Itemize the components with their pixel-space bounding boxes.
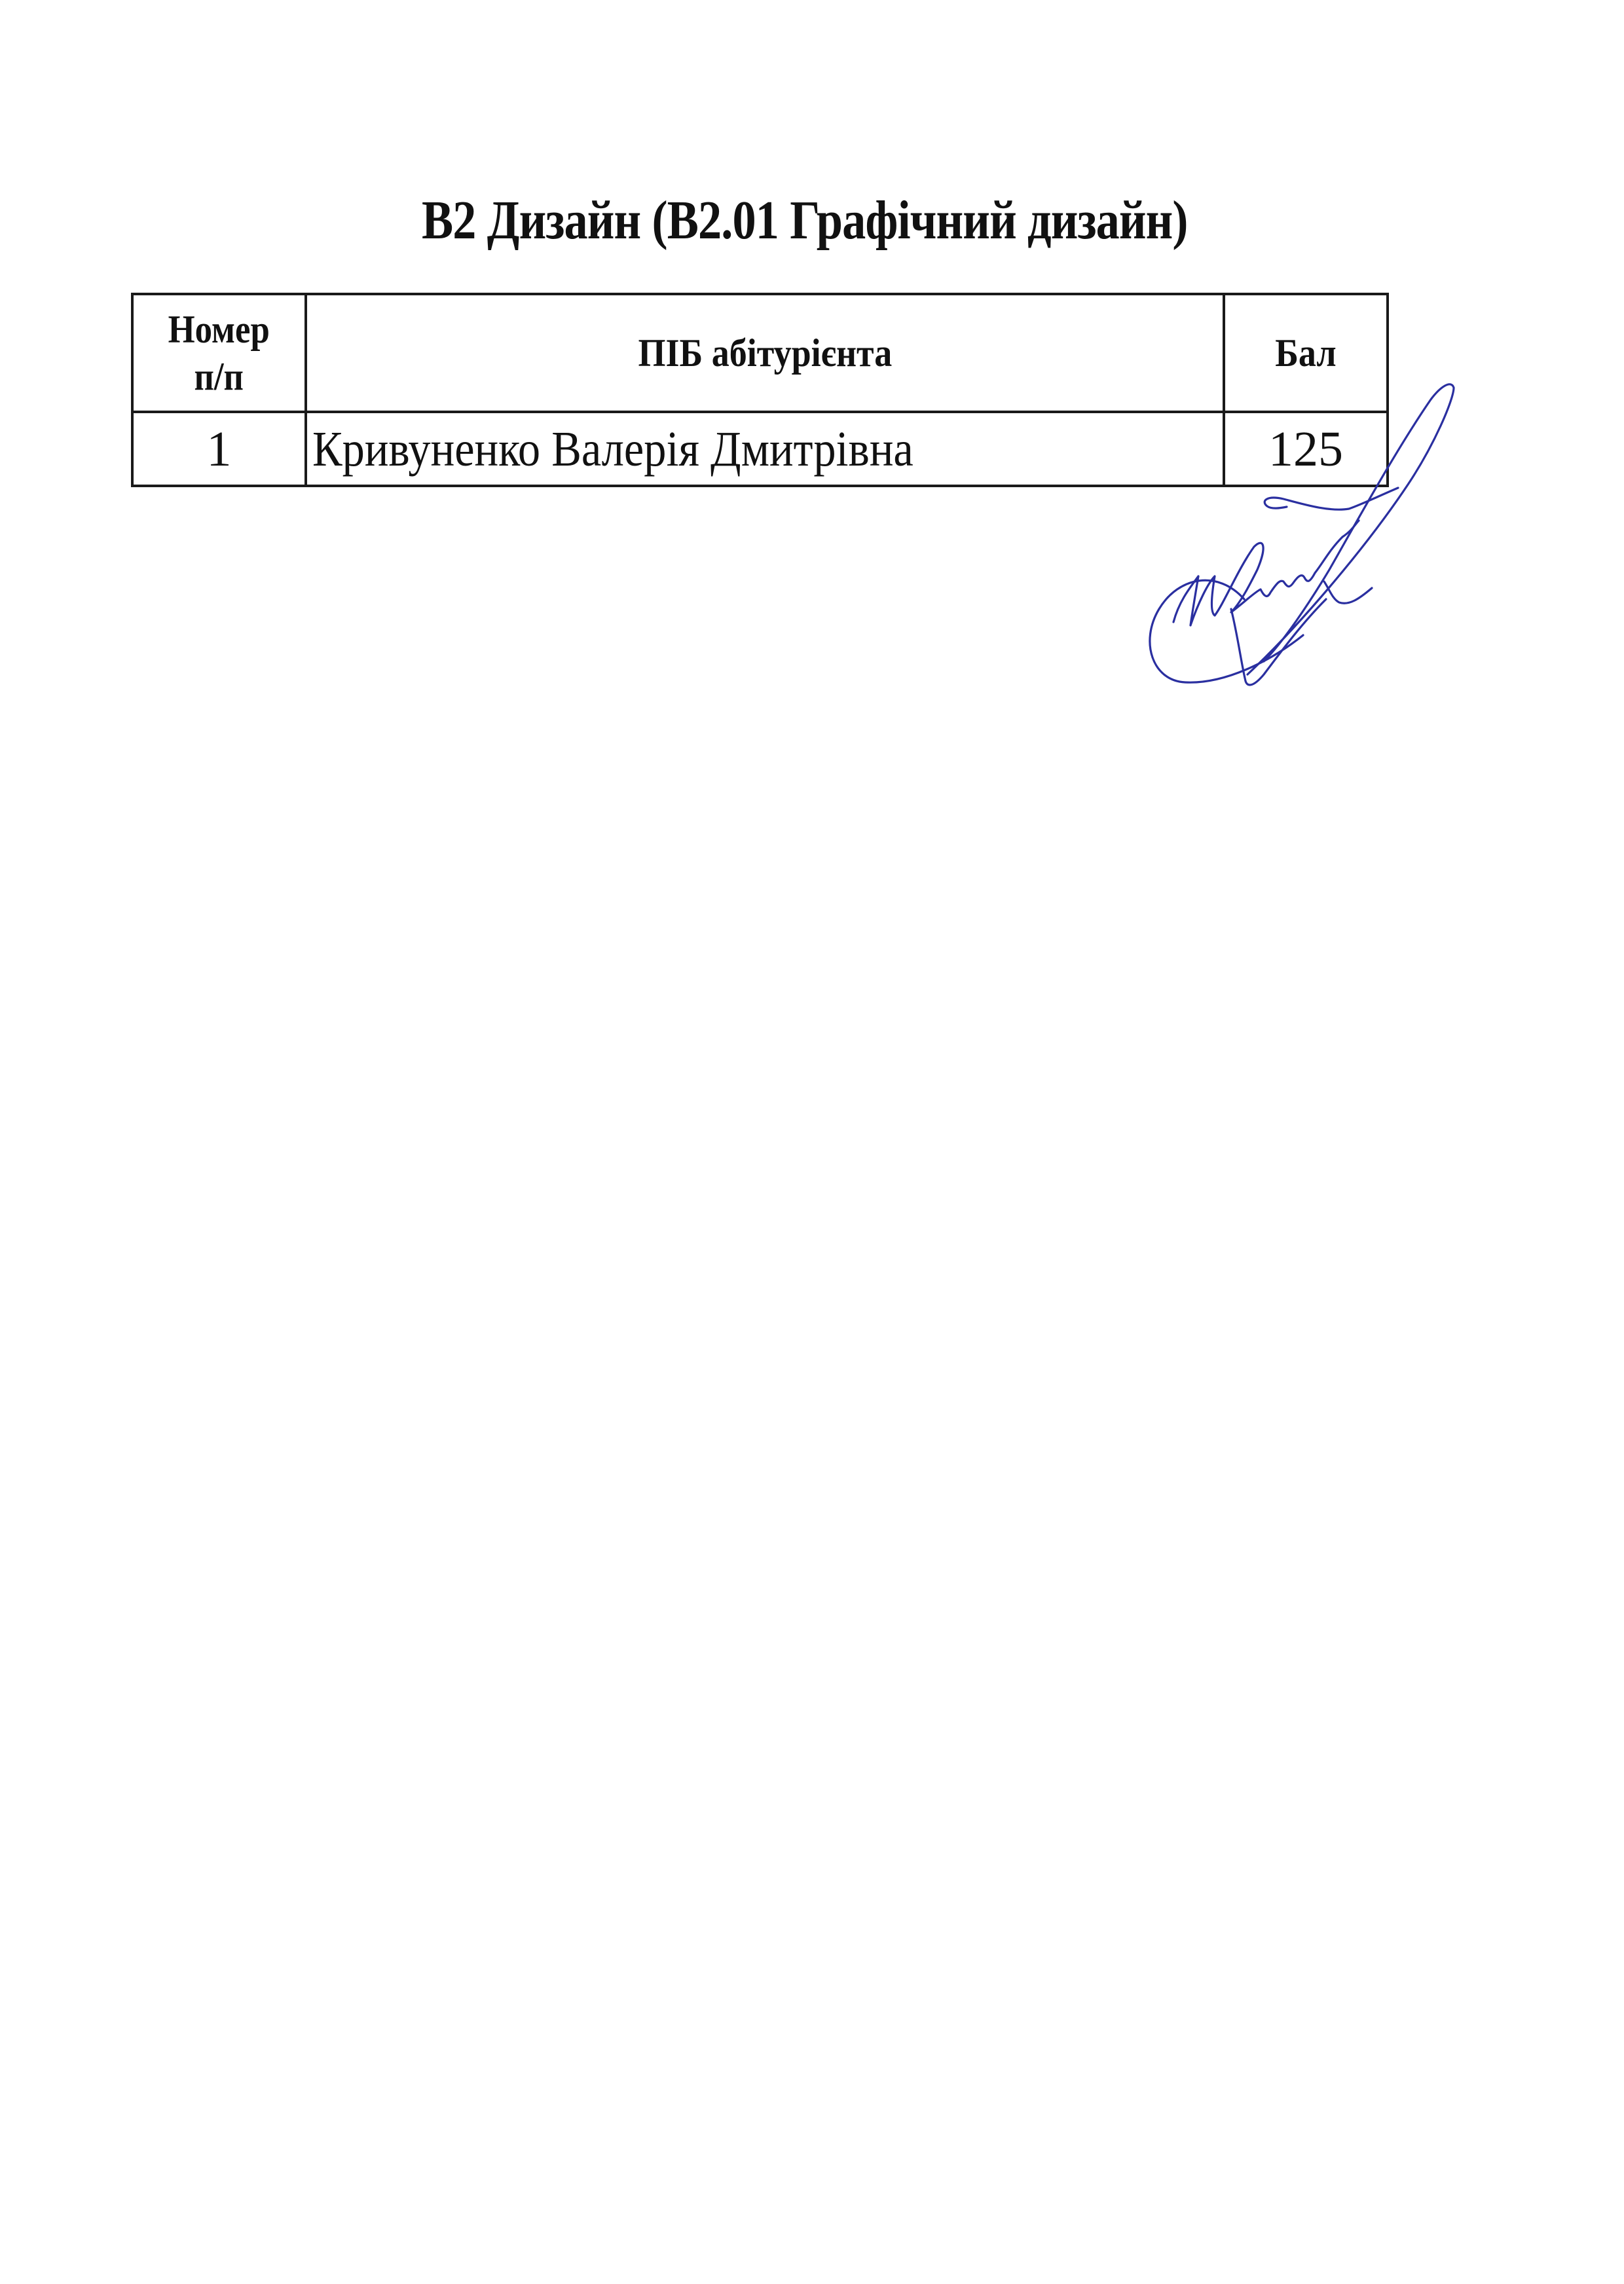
header-number-line1: Номер: [168, 308, 270, 351]
page-title: В2 Дизайн (В2.01 Графічний дизайн): [106, 185, 1503, 257]
header-name-label: ПІБ абітурієнта: [638, 329, 892, 377]
header-number-line2: п/п: [194, 355, 244, 398]
row-number: 1: [132, 412, 306, 486]
header-score-label: Бал: [1275, 329, 1336, 377]
header-number: Номер п/п: [132, 294, 306, 412]
row-name: Кривуненко Валерія Дмитрівна: [306, 412, 1224, 486]
signature-icon: [1133, 373, 1513, 727]
header-name: ПІБ абітурієнта: [306, 294, 1224, 412]
row-name-text: Кривуненко Валерія Дмитрівна: [312, 416, 913, 482]
